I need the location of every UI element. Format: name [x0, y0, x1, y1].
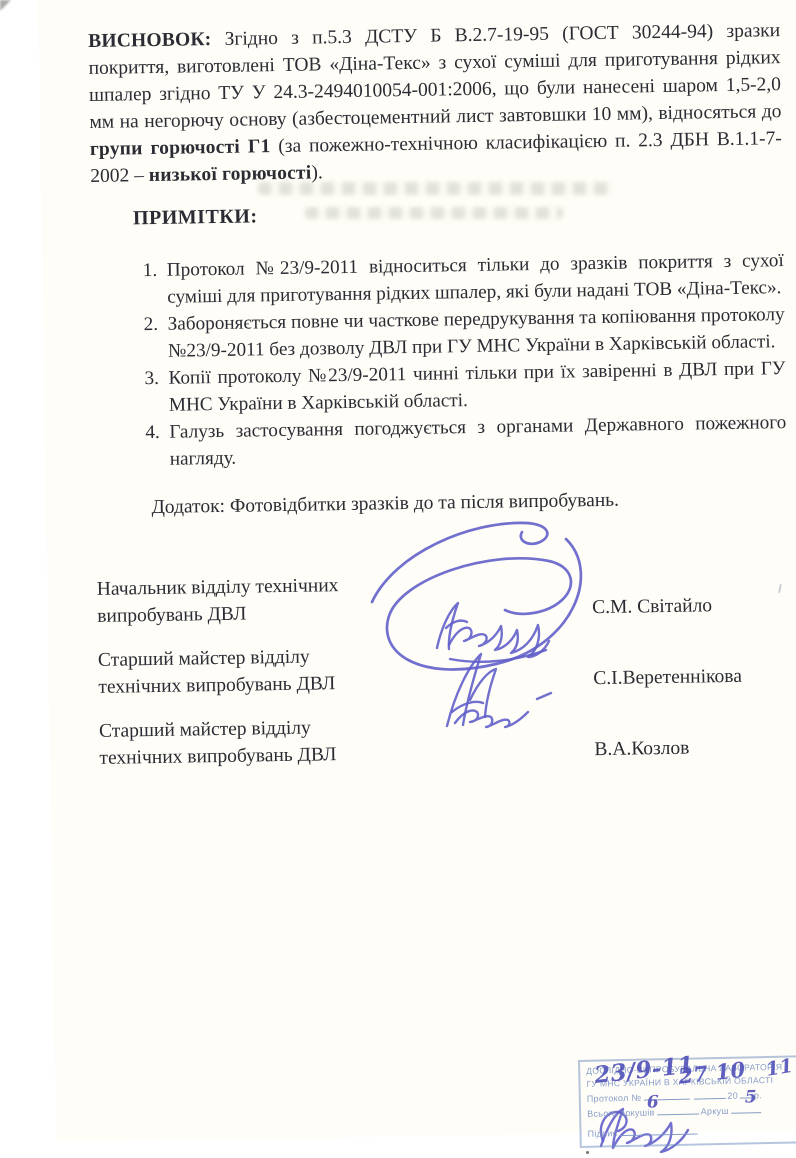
scanned-document-page: { "doc": { "conclusion": { "label": "ВИС…: [0, 0, 796, 1158]
stamp-sheets-label: Всього аркушів: [587, 1107, 655, 1118]
handwritten-total-sheets: 6: [647, 1096, 659, 1109]
signatory-name: С.І.Веретеннікова: [593, 662, 790, 693]
stamp-sheets-line: Всього аркушівАркуш: [587, 1103, 796, 1120]
conclusion-label: ВИСНОВОК:: [88, 29, 212, 52]
handwritten-date: 27 10: [678, 1064, 746, 1084]
signatory-title-line1: Старший майстер відділу: [99, 718, 311, 742]
conclusion-text-3: ).: [311, 162, 323, 183]
signatory-title-line2: випробувань ДВЛ: [97, 604, 246, 627]
signatory-title-line1: Начальник відділу технічних: [97, 575, 339, 600]
notes-heading: ПРИМІТКИ:: [133, 195, 783, 232]
stamp-protocol-line: Протокол №20р.: [587, 1088, 796, 1105]
signature-block: Начальник відділу технічнихвипробувань Д…: [97, 565, 792, 772]
note-item-3: Копії протоколу №23/9-2011 чинні тільки …: [168, 355, 786, 419]
signatory-name: В.А.Козлов: [594, 733, 791, 764]
signatory-title: Старший майстер відділутехнічних випробу…: [99, 712, 445, 771]
stamp-signature-label: Підпис: [587, 1128, 617, 1139]
stamp-signature-line: Підпис: [587, 1123, 796, 1140]
handwritten-year: 11: [765, 1060, 794, 1077]
stamp-protocol-label: Протокол №: [587, 1092, 642, 1103]
note-item-2: Забороняється повне чи часткове передрук…: [167, 301, 785, 365]
document-body: ВИСНОВОК: Згідно з п.5.3 ДСТУ Б В.2.7-19…: [88, 17, 792, 789]
note-item-4: Галузь застосування погоджується з орган…: [169, 409, 787, 473]
flammability-group-bold: групи горючості Г1: [90, 136, 271, 160]
lab-stamp: ДОСЛІДНО-ВИПРОБУВАЛЬНА ЛАБОРАТОРІЯ ГУ МН…: [578, 1055, 796, 1148]
stamp-sheet-label: Аркуш: [701, 1105, 729, 1116]
handwritten-sheet-number: 5: [745, 1091, 757, 1104]
signatory-title: Начальник відділу технічнихвипробувань Д…: [97, 571, 443, 630]
scan-corner-artifact: [0, 0, 11, 11]
signature-row-senior-master-2: Старший майстер відділутехнічних випробу…: [99, 707, 792, 772]
signatory-title-line1: Старший майстер відділу: [98, 647, 310, 671]
notes-list: Протокол №23/9-2011 відноситься тільки д…: [92, 247, 787, 474]
scan-dot-artifact: [586, 1151, 589, 1154]
note-item-1: Протокол №23/9-2011 відноситься тільки д…: [167, 247, 785, 311]
signatory-title-line2: технічних випробувань ДВЛ: [99, 744, 336, 769]
signatory-title-line2: технічних випробувань ДВЛ: [98, 673, 335, 698]
signature-space: [442, 622, 592, 624]
signature-space: [445, 764, 595, 766]
stamp-year-prefix: 20: [727, 1090, 738, 1100]
signature-row-senior-master-1: Старший майстер відділутехнічних випробу…: [98, 636, 791, 701]
appendix-line: Додаток: Фотовідбитки зразків до та післ…: [151, 484, 787, 521]
low-flammability-bold: низької горючості: [149, 163, 312, 187]
signature-space: [444, 693, 594, 695]
signatory-title: Старший майстер відділутехнічних випробу…: [98, 642, 444, 701]
signatory-name: С.М. Світайло: [592, 591, 789, 622]
conclusion-paragraph: ВИСНОВОК: Згідно з п.5.3 ДСТУ Б В.2.7-19…: [88, 17, 782, 190]
signature-row-head-of-department: Начальник відділу технічнихвипробувань Д…: [97, 565, 790, 630]
